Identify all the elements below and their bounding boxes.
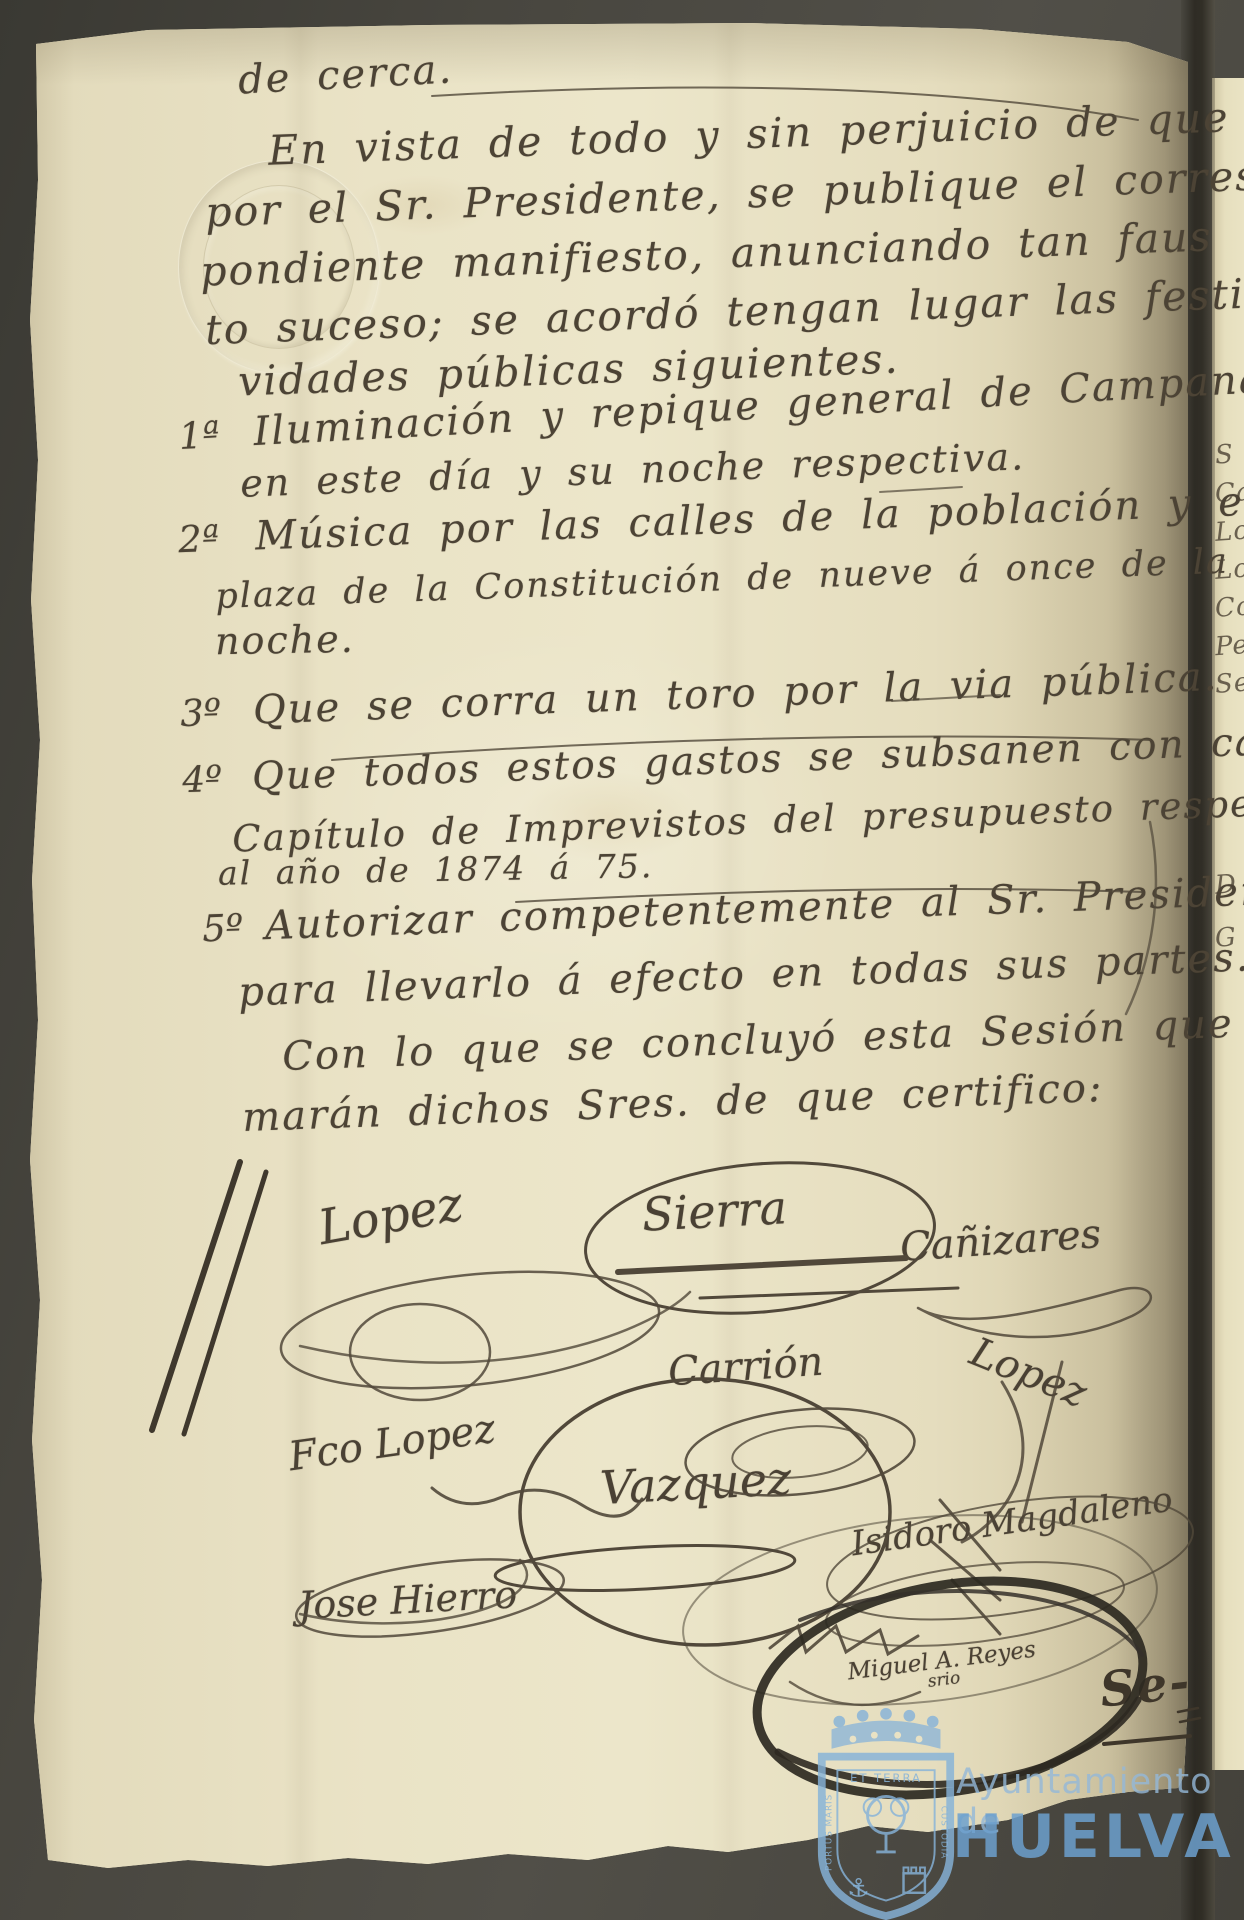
catchword: Se- xyxy=(1097,1653,1193,1718)
svg-text:⚓: ⚓ xyxy=(847,1874,870,1903)
manuscript-line: noche. xyxy=(215,617,355,663)
manuscript-line-text: al año de 1874 á 75. xyxy=(218,846,654,893)
ordinal-marker: 2ª xyxy=(178,517,220,561)
manuscript-line-text: noche. xyxy=(215,617,355,663)
ordinal-marker: 1ª xyxy=(178,413,221,458)
ordinal-marker: 3º xyxy=(180,691,222,735)
ordinal-marker: 4º xyxy=(182,759,223,801)
page-fragment: Pero xyxy=(1214,628,1244,662)
ordinal-marker: 5º xyxy=(202,906,244,950)
page-fragment: Con xyxy=(1214,590,1244,624)
signature-name: Sierra xyxy=(641,1180,788,1242)
manuscript-line: al año de 1874 á 75. xyxy=(218,846,654,893)
adjacent-page-edge: SCaLopLopConPeroSepDG xyxy=(1212,78,1244,1770)
signature-name: Vazquez xyxy=(599,1451,793,1515)
signature: Sierra xyxy=(641,1180,788,1242)
document-scan: { "manuscript": { "lines": [ {"marker": … xyxy=(0,0,1244,1920)
signature: Vazquez xyxy=(599,1451,793,1515)
page-fragment: S xyxy=(1214,439,1235,470)
